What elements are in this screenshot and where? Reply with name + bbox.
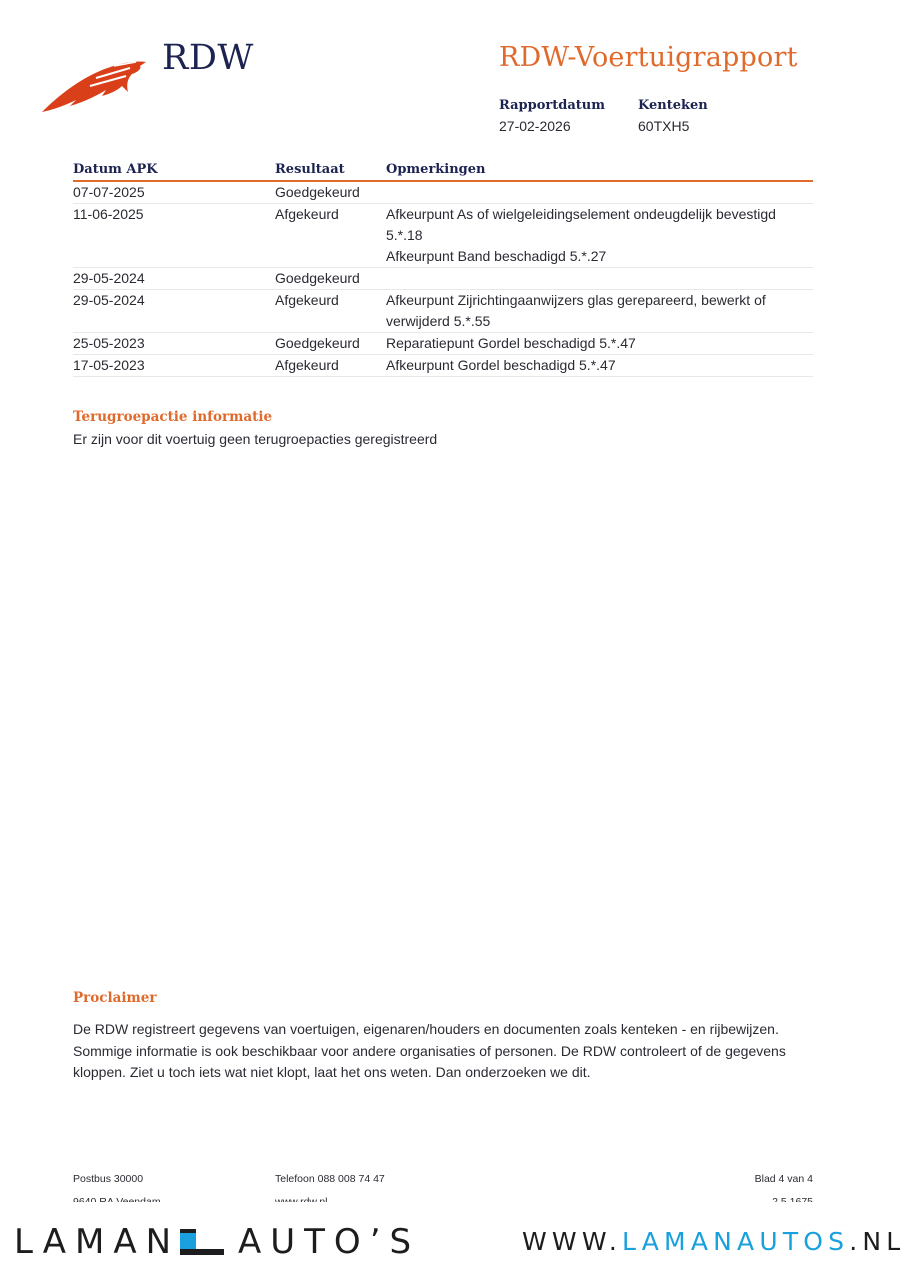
report-date-value: 27-02-2026 bbox=[499, 118, 605, 134]
dealer-website-link[interactable]: WWW.LAMANAUTOS.NL bbox=[522, 1226, 904, 1258]
recall-text: Er zijn voor dit voertuig geen terugroep… bbox=[73, 431, 437, 447]
table-row: 11-06-2025AfgekeurdAfkeurpunt As of wiel… bbox=[73, 204, 813, 268]
rdw-logo: RDW bbox=[40, 40, 260, 120]
footer-address: Postbus 30000 bbox=[73, 1173, 143, 1185]
remark-line: verwijderd 5.*.55 bbox=[386, 311, 813, 332]
plate-label: Kenteken bbox=[638, 98, 708, 113]
report-date-label: Rapportdatum bbox=[499, 98, 605, 113]
url-prefix: WWW. bbox=[522, 1227, 622, 1256]
footer-website[interactable]: www.rdw.nl bbox=[275, 1196, 328, 1202]
cell-remarks: Afkeurpunt As of wielgeleidingselement o… bbox=[386, 204, 813, 268]
recall-section-title: Terugroepactie informatie bbox=[73, 409, 272, 425]
table-row: 17-05-2023AfgekeurdAfkeurpunt Gordel bes… bbox=[73, 355, 813, 377]
table-row: 25-05-2023GoedgekeurdReparatiepunt Gorde… bbox=[73, 333, 813, 355]
column-header-result: Resultaat bbox=[275, 160, 386, 181]
footer-code: 2.5.1675 bbox=[772, 1196, 813, 1202]
cell-date: 17-05-2023 bbox=[73, 355, 275, 377]
cell-result: Goedgekeurd bbox=[275, 268, 386, 290]
laman-name-right: AUTO’S bbox=[238, 1224, 420, 1260]
apk-history-table: Datum APK Resultaat Opmerkingen 07-07-20… bbox=[73, 160, 813, 377]
brand-name: RDW bbox=[162, 38, 254, 78]
url-suffix: .NL bbox=[849, 1227, 904, 1256]
cell-result: Goedgekeurd bbox=[275, 181, 386, 204]
cell-date: 29-05-2024 bbox=[73, 268, 275, 290]
page-number: Blad 4 van 4 bbox=[755, 1173, 813, 1185]
cell-result: Afgekeurd bbox=[275, 290, 386, 333]
cell-result: Afgekeurd bbox=[275, 204, 386, 268]
cell-date: 07-07-2025 bbox=[73, 181, 275, 204]
table-row: 29-05-2024AfgekeurdAfkeurpunt Zijrichtin… bbox=[73, 290, 813, 333]
cell-date: 11-06-2025 bbox=[73, 204, 275, 268]
cell-remarks: Reparatiepunt Gordel beschadigd 5.*.47 bbox=[386, 333, 813, 355]
laman-name-left: LAMAN bbox=[14, 1224, 180, 1260]
cell-date: 25-05-2023 bbox=[73, 333, 275, 355]
report-date-block: Rapportdatum 27-02-2026 bbox=[499, 98, 605, 134]
table-header-row: Datum APK Resultaat Opmerkingen bbox=[73, 160, 813, 181]
cell-remarks bbox=[386, 181, 813, 204]
cell-remarks: Afkeurpunt Zijrichtingaanwijzers glas ge… bbox=[386, 290, 813, 333]
footer-phone: Telefoon 088 008 74 47 bbox=[275, 1173, 385, 1185]
plate-block: Kenteken 60TXH5 bbox=[638, 98, 708, 134]
report-title: RDW-Voertuigrapport bbox=[499, 42, 798, 73]
plate-value: 60TXH5 bbox=[638, 118, 708, 134]
cell-remarks: Afkeurpunt Gordel beschadigd 5.*.47 bbox=[386, 355, 813, 377]
footer-address-line2: 9640 RA Veendam bbox=[73, 1196, 161, 1202]
table-row: 07-07-2025Goedgekeurd bbox=[73, 181, 813, 204]
column-header-remarks: Opmerkingen bbox=[386, 160, 813, 181]
cell-date: 29-05-2024 bbox=[73, 290, 275, 333]
remark-line: Reparatiepunt Gordel beschadigd 5.*.47 bbox=[386, 333, 813, 354]
column-header-date: Datum APK bbox=[73, 160, 275, 181]
cell-result: Afgekeurd bbox=[275, 355, 386, 377]
url-main: LAMANAUTOS bbox=[622, 1227, 849, 1256]
cell-result: Goedgekeurd bbox=[275, 333, 386, 355]
table-row: 29-05-2024Goedgekeurd bbox=[73, 268, 813, 290]
laman-autos-logo: LAMAN AUTO’S bbox=[14, 1224, 420, 1260]
laman-mark-icon bbox=[180, 1229, 224, 1255]
proclaimer-text: De RDW registreert gegevens van voertuig… bbox=[73, 1019, 803, 1084]
feather-icon bbox=[40, 56, 150, 114]
remark-line: Afkeurpunt As of wielgeleidingselement o… bbox=[386, 204, 813, 225]
remark-line: 5.*.18 bbox=[386, 225, 813, 246]
remark-line: Afkeurpunt Gordel beschadigd 5.*.47 bbox=[386, 355, 813, 376]
proclaimer-title: Proclaimer bbox=[73, 990, 156, 1006]
remark-line: Afkeurpunt Band beschadigd 5.*.27 bbox=[386, 246, 813, 267]
cell-remarks bbox=[386, 268, 813, 290]
remark-line: Afkeurpunt Zijrichtingaanwijzers glas ge… bbox=[386, 290, 813, 311]
